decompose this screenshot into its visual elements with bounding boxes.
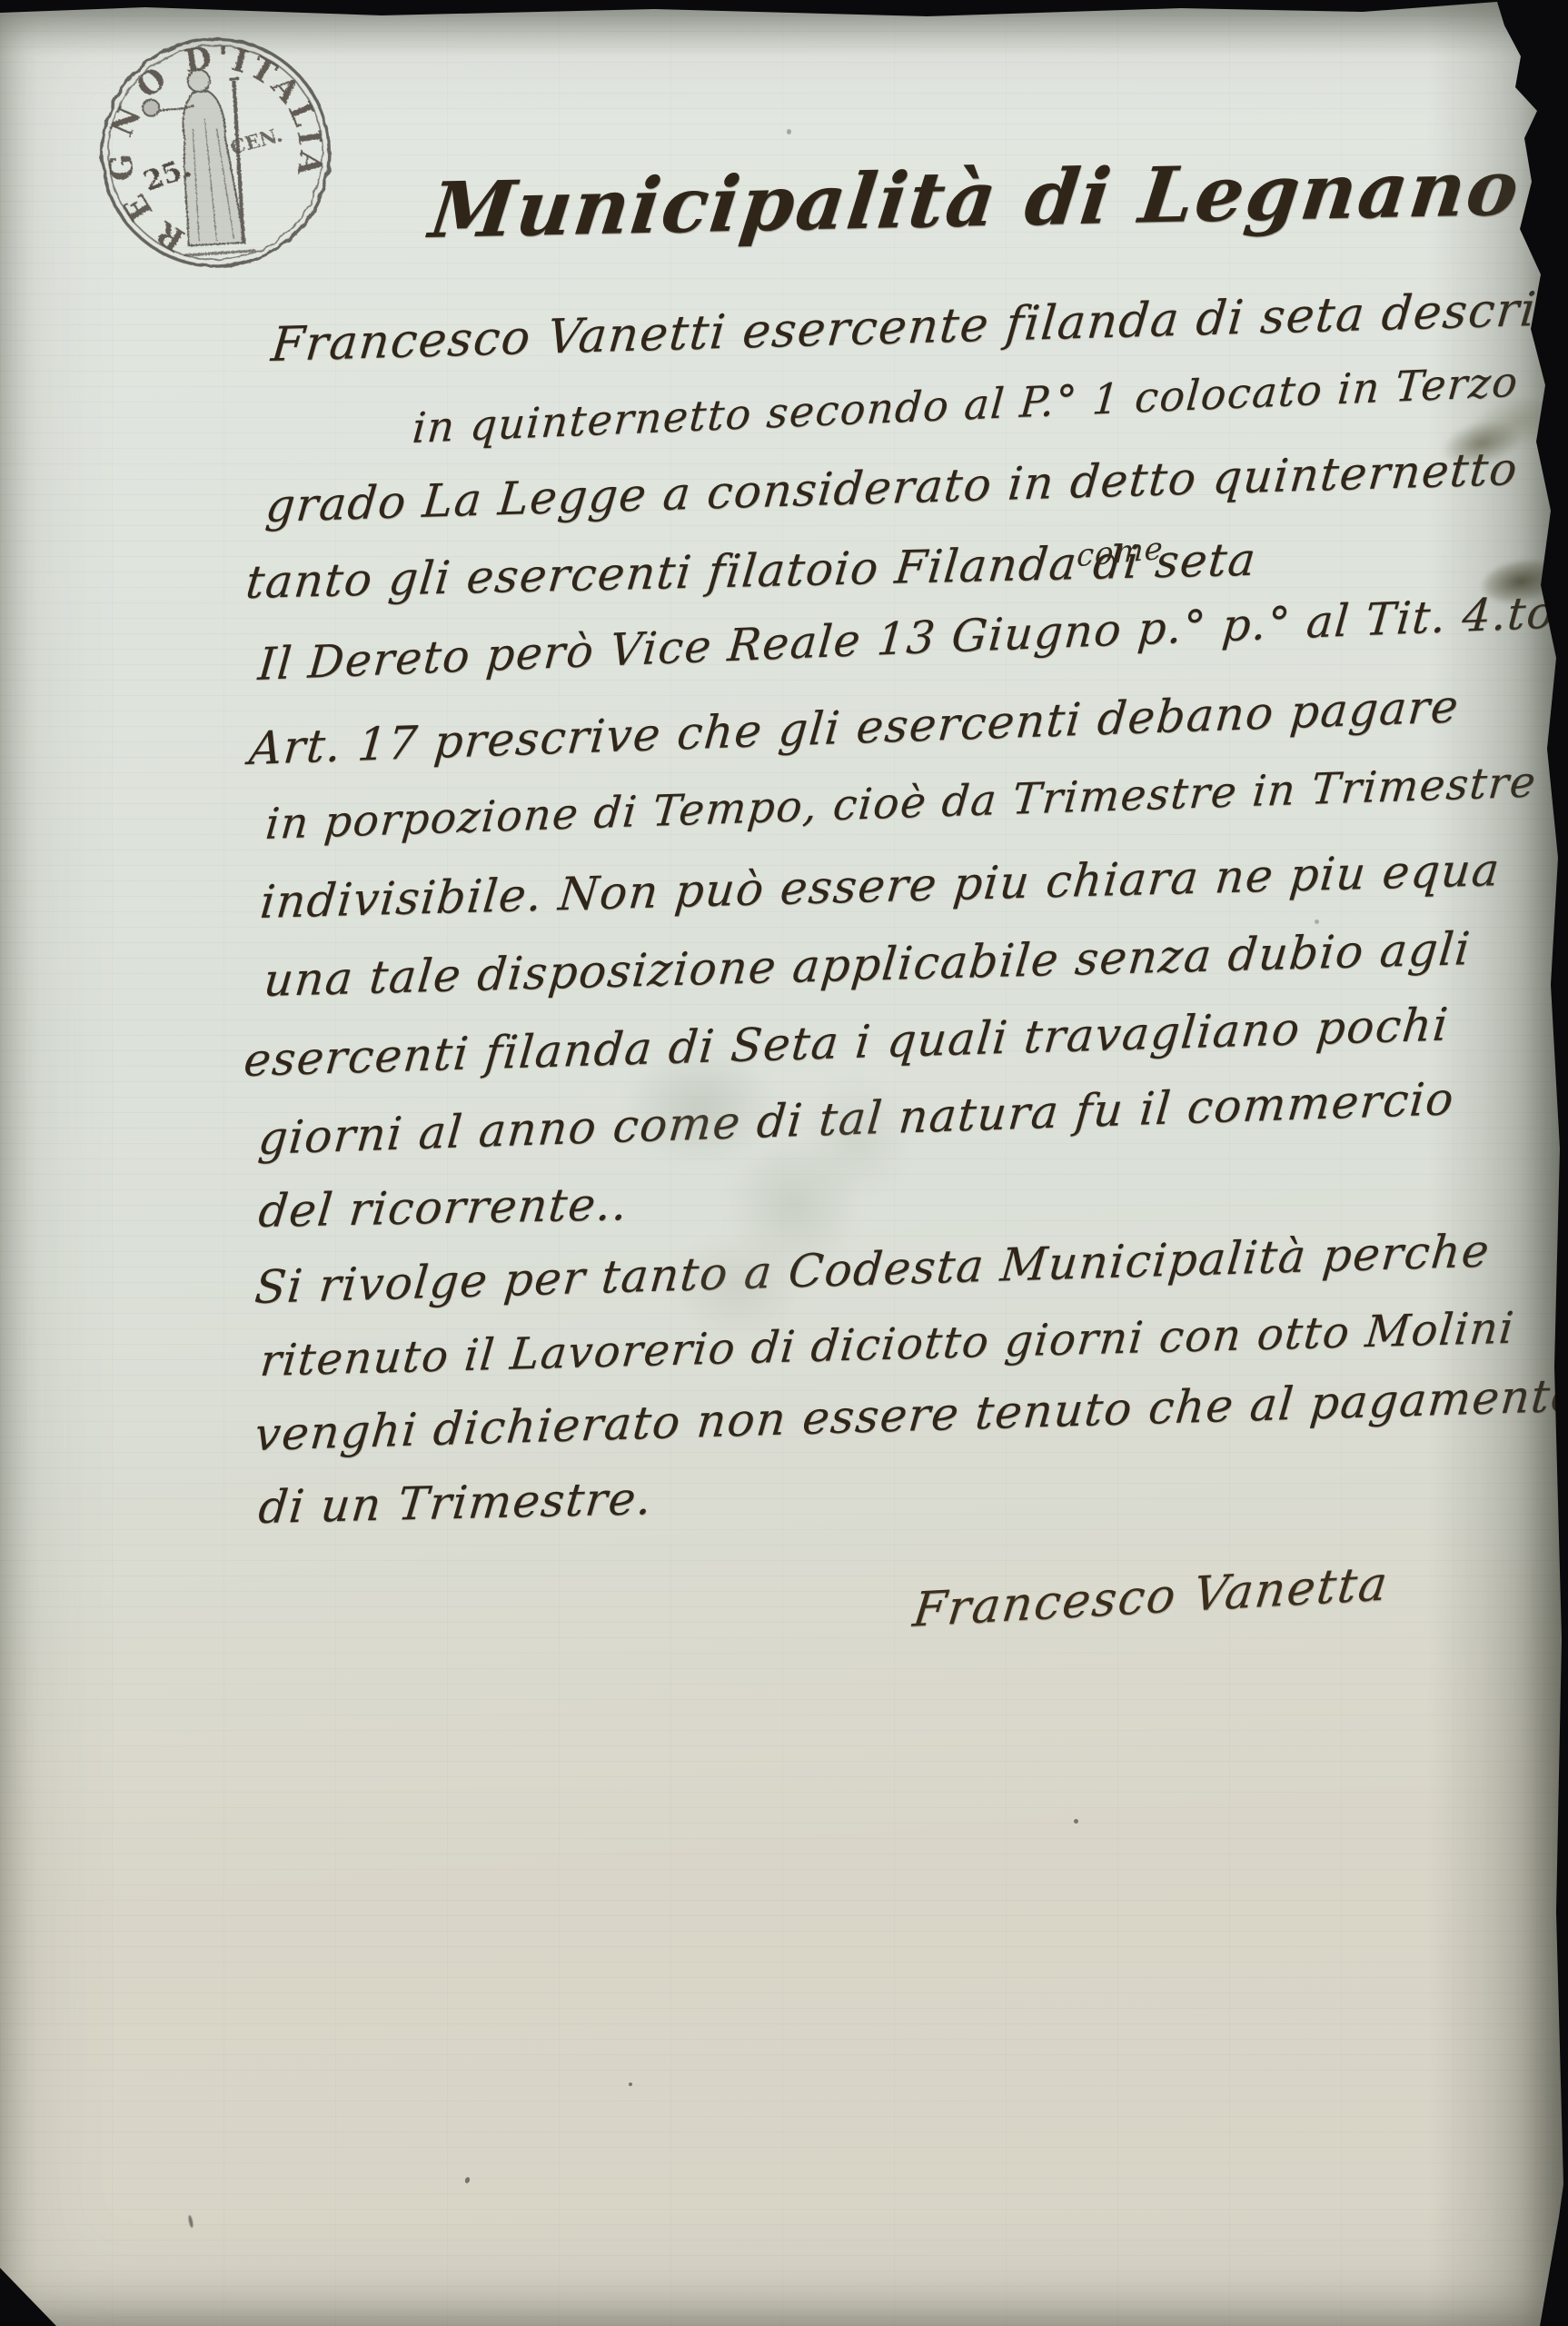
show-through-ghost-marks bbox=[589, 1025, 961, 1352]
paper-speck bbox=[1074, 1819, 1078, 1824]
manuscript-line-2: in quinternetto secondo al P.° 1 colocat… bbox=[411, 357, 1521, 452]
interlinear-insertion: come bbox=[1076, 531, 1165, 575]
manuscript-line-7: in porpozione di Tempo, cioè da Trimestr… bbox=[263, 757, 1539, 850]
photo-canvas: REGNO D'ITALIA 25. CEN. Municipalità di … bbox=[0, 0, 1568, 2326]
manuscript-line-16: di un Trimestre. bbox=[256, 1472, 655, 1534]
document-page: REGNO D'ITALIA 25. CEN. Municipalità di … bbox=[0, 0, 1568, 2326]
document-title: Municipalità di Legnano bbox=[425, 143, 1525, 255]
paper-speck bbox=[464, 2176, 471, 2183]
manuscript-line-6: Art. 17 prescrive che gli esercenti deba… bbox=[247, 680, 1462, 775]
manuscript-line-3: grado La Legge a considerato in detto qu… bbox=[263, 442, 1521, 532]
revenue-stamp: REGNO D'ITALIA 25. CEN. bbox=[84, 14, 346, 286]
paper-speck bbox=[1315, 919, 1319, 924]
manuscript-line-9: una tale disposizione applicabile senza … bbox=[262, 922, 1474, 1007]
paper-speck bbox=[188, 2215, 194, 2229]
manuscript-line-8: indivisibile. Non può essere piu chiara … bbox=[258, 843, 1503, 929]
paper-speck bbox=[787, 129, 791, 134]
paper-speck bbox=[629, 2082, 632, 2086]
manuscript-line-15: venghi dichierato non essere tenuto che … bbox=[253, 1369, 1568, 1461]
manuscript-line-1: Francesco Vanetti esercente filanda di s… bbox=[269, 281, 1568, 373]
manuscript-line-12: del ricorrente.. bbox=[256, 1178, 630, 1238]
signature: Francesco Vanetta bbox=[910, 1556, 1392, 1638]
